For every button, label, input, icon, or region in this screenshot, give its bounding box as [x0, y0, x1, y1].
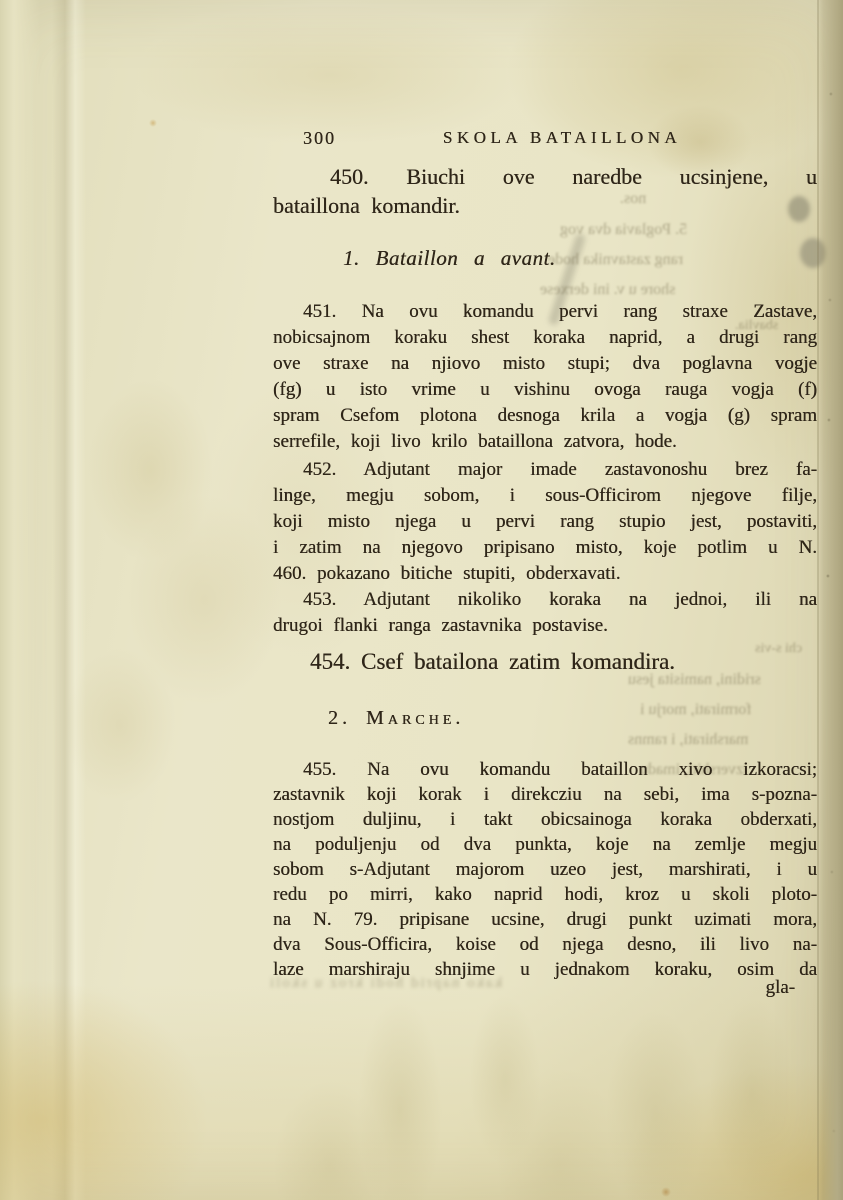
running-title: SKOLA BATAILLONA: [273, 128, 817, 148]
text-line: na N. 79. pripisane ucsine, drugi punkt …: [273, 907, 817, 932]
text-line: 460. pokazano bitiche stupiti, obderxava…: [273, 561, 817, 587]
text-line: spram Csefom plotona desnoga krila a vog…: [273, 403, 817, 429]
text-line: i zatim na njegovo pripisano misto, koje…: [273, 535, 817, 561]
text-line: 452. Adjutant major imade zastavonoshu b…: [273, 457, 817, 483]
page-edge-right: [817, 0, 843, 1200]
text-line: zastavnik koji korak i direkcziu na sebi…: [273, 782, 817, 807]
text-line: linge, megju sobom, i sous-Officirom nje…: [273, 483, 817, 509]
text-line: sobom s-Adjutant majorom uzeo jest, mars…: [273, 857, 817, 882]
text-line: na poduljenju od dva punkta, koje na zem…: [273, 832, 817, 857]
text-line: 451. Na ovu komandu pervi rang straxe Za…: [273, 299, 817, 325]
text-line: laze marshiraju shnjime u jednakom korak…: [273, 957, 817, 982]
text-line: koji misto njega u pervi rang stupio jes…: [273, 509, 817, 535]
scanned-book-page: nos.5. Poglavia dva vograng zastavnika h…: [0, 0, 843, 1200]
text-line: dva Sous-Officira, koise od njega desno,…: [273, 932, 817, 957]
fold-crease: [52, 0, 86, 1200]
text-line: 455. Na ovu komandu bataillon xivo izkor…: [273, 757, 817, 782]
text-line: redu po mirri, kako naprid hodi, kroz u …: [273, 882, 817, 907]
text-line: serrefile, koji livo krilo bataillona za…: [273, 429, 817, 455]
text-line: drugoi flanki ranga zastavnika postavise…: [273, 613, 817, 639]
text-line: bataillona komandir.: [273, 191, 817, 220]
text-line: 453. Adjutant nikoliko koraka na jednoi,…: [273, 587, 817, 613]
paragraph-450: 450. Biuchi ove naredbe ucsinjene, ubata…: [273, 162, 817, 220]
text-column: 300 SKOLA BATAILLONA 450. Biuchi ove nar…: [273, 128, 817, 999]
page-header: 300 SKOLA BATAILLONA: [273, 128, 817, 150]
paragraph-452: 452. Adjutant major imade zastavonoshu b…: [273, 457, 817, 587]
text-line: 450. Biuchi ove naredbe ucsinjene, u: [273, 162, 817, 191]
page-number: 300: [303, 128, 336, 149]
paragraph-451: 451. Na ovu komandu pervi rang straxe Za…: [273, 299, 817, 455]
text-line: (fg) u isto vrime u vishinu ovoga rauga …: [273, 377, 817, 403]
section-heading-marche: 2. Marche.: [273, 707, 817, 730]
text-line: ove straxe na njiovo misto stupi; dva po…: [273, 351, 817, 377]
paragraph-455: 455. Na ovu komandu bataillon xivo izkor…: [273, 757, 817, 982]
paragraph-453: 453. Adjutant nikoliko koraka na jednoi,…: [273, 587, 817, 639]
section-heading-bataillon-a-avant: 1. Bataillon a avant.: [273, 246, 817, 271]
text-line: nobicsajnom koraku shest koraka naprid, …: [273, 325, 817, 351]
page-edge-left: [0, 0, 40, 1200]
paragraph-454: 454. Csef batailona zatim komandira.: [273, 647, 817, 677]
text-line: nostjom duljinu, i takt obicsainoga kora…: [273, 807, 817, 832]
